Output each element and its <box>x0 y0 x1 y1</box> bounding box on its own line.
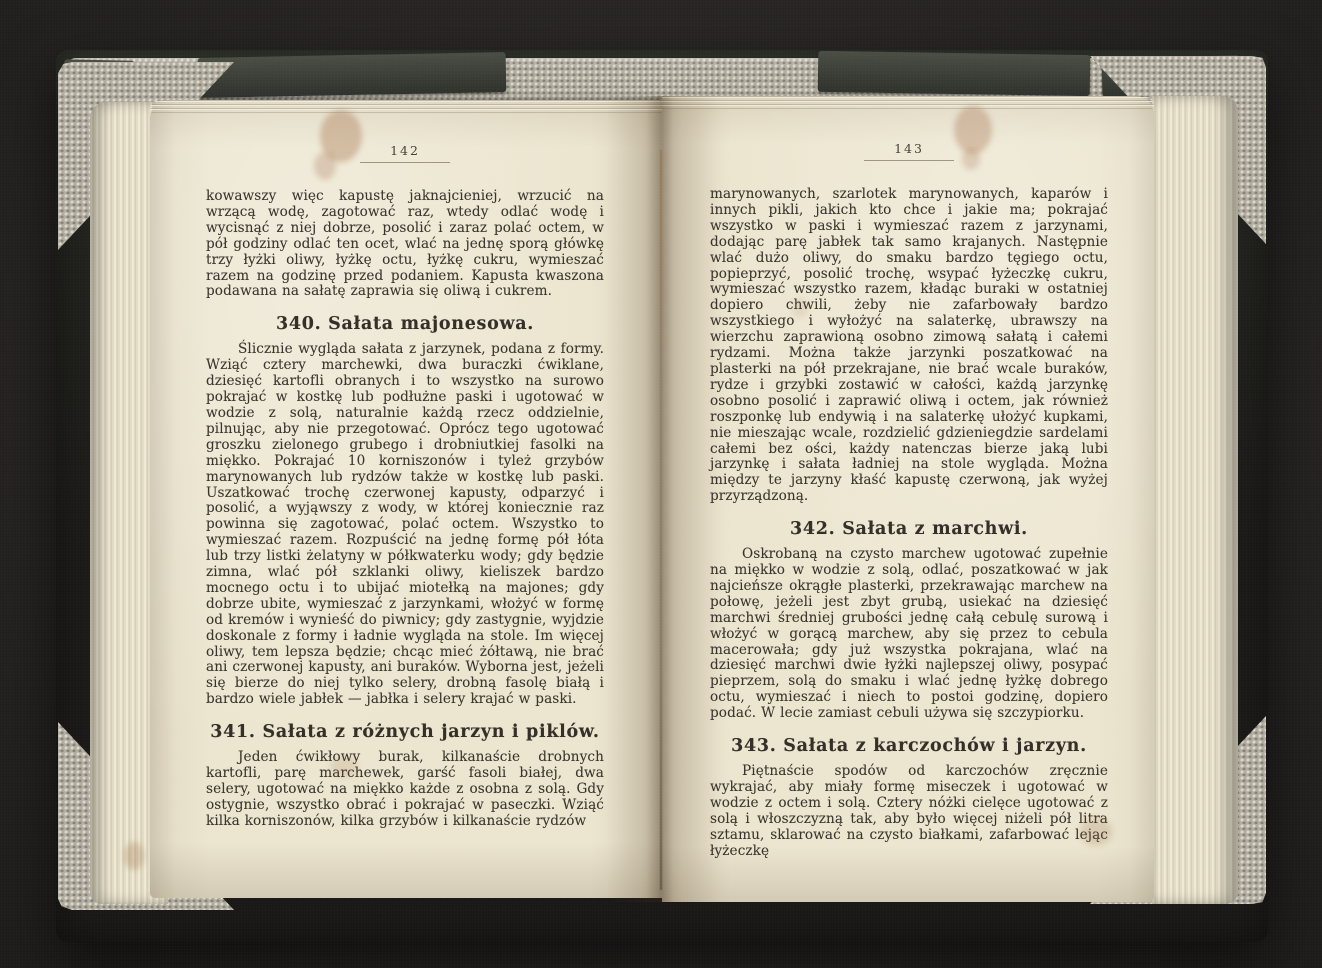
page-left-text: kowawszy więc kapustę jaknajcieniej, wrz… <box>206 189 604 830</box>
body-paragraph: Ślicznie wygląda sałata z jarzynek, poda… <box>206 342 604 708</box>
page-left-content: 142 kowawszy więc kapustę jaknajcieniej,… <box>206 140 604 830</box>
body-paragraph: kowawszy więc kapustę jaknajcieniej, wrz… <box>206 189 604 300</box>
page-number-row: 142 <box>206 140 604 163</box>
page-number: 142 <box>360 143 450 163</box>
book-photo-background: 142 kowawszy więc kapustę jaknajcieniej,… <box>0 0 1322 968</box>
body-paragraph: marynowanych, szarlotek marynowanych, ka… <box>710 187 1108 505</box>
cover-tape-strip <box>198 52 507 98</box>
recipe-heading: 343. Sałata z karczochów i jarzyn. <box>710 736 1108 756</box>
body-paragraph: Piętnaście spodów od karczochów zręcznie… <box>710 764 1108 859</box>
page-number-row: 143 <box>710 138 1108 161</box>
page-number: 143 <box>864 141 954 161</box>
body-paragraph: Oskrobaną na czysto marchew ugotować zup… <box>710 547 1108 722</box>
page-right: 143 marynowanych, szarlotek marynowanych… <box>662 96 1154 902</box>
cover-tape-strip <box>818 51 1091 96</box>
page-stack-edge-right <box>1152 96 1238 904</box>
body-paragraph: Jeden ćwikłowy burak, kilkanaście drobny… <box>206 750 604 830</box>
recipe-heading: 340. Sałata majonesowa. <box>206 314 604 334</box>
recipe-heading: 342. Sałata z marchwi. <box>710 519 1108 539</box>
page-right-text: marynowanych, szarlotek marynowanych, ka… <box>710 187 1108 860</box>
page-right-content: 143 marynowanych, szarlotek marynowanych… <box>710 138 1108 860</box>
recipe-heading: 341. Sałata z różnych jarzyn i piklów. <box>206 722 604 742</box>
page-left: 142 kowawszy więc kapustę jaknajcieniej,… <box>150 100 662 898</box>
